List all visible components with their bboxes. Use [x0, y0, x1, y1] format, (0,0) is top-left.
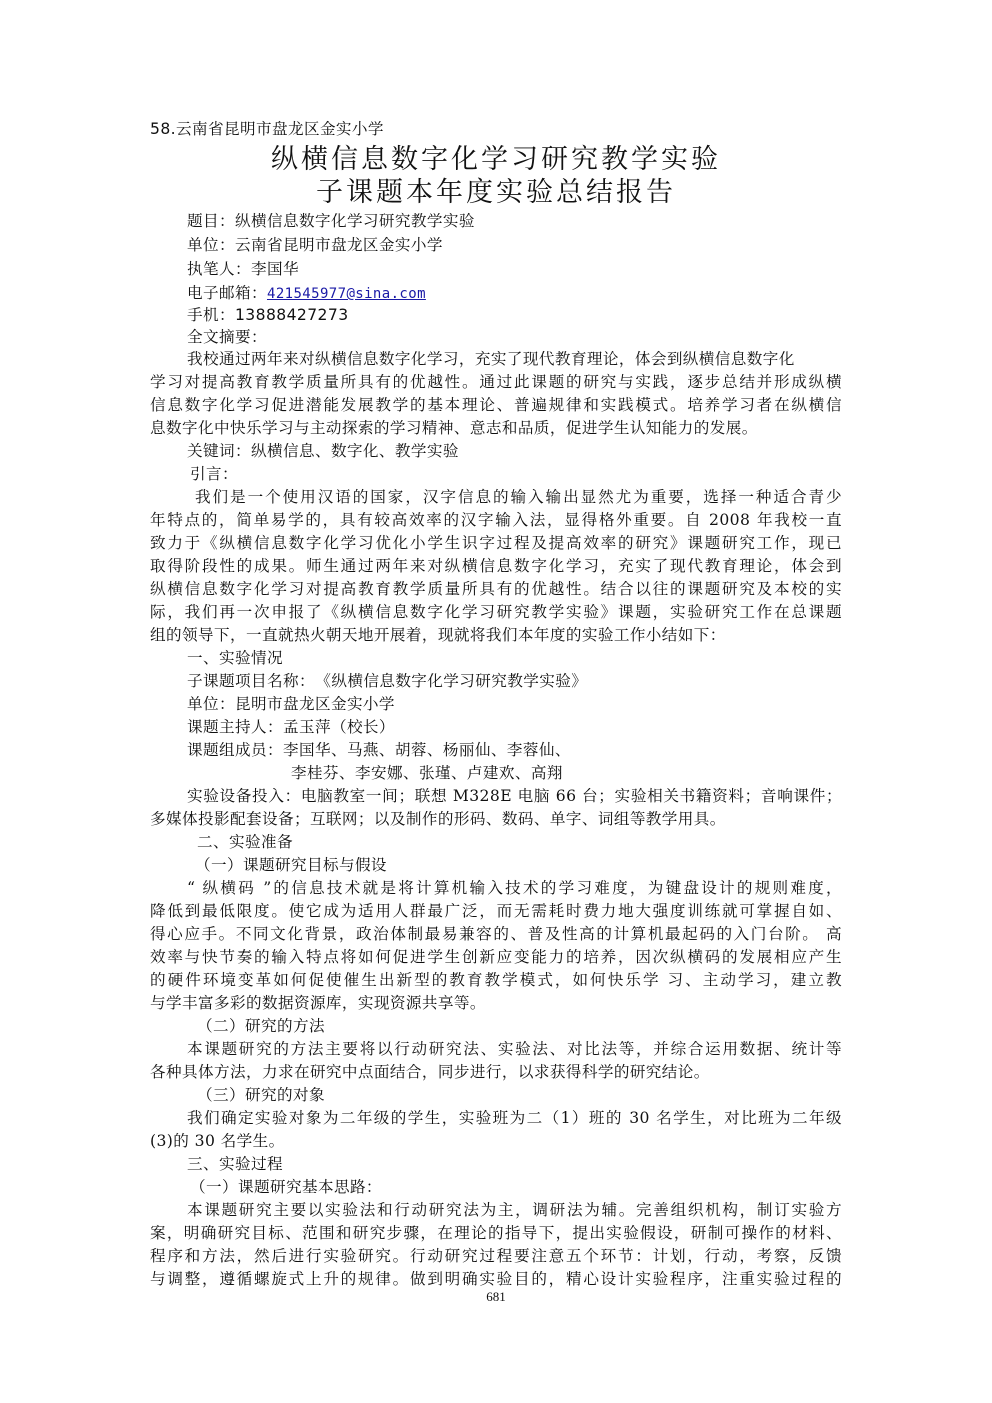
meta-phone: 手机：13888427273	[187, 304, 879, 326]
section2-sub1-line: 得心应手。不同文化背景，政治体制最易兼容的、普及性高的计算机最起码的入门台阶。 …	[150, 923, 842, 945]
section2-sub1-heading: （一）课题研究目标与假设	[195, 854, 887, 876]
email-link[interactable]: 421545977@sina.com	[267, 286, 426, 302]
abstract-line: 信息数字化学习促进潜能发展教学的基本理论、普遍规律和实践模式。培养学习者在纵横信	[150, 394, 842, 416]
section3-sub1-heading: （一）课题研究基本思路：	[190, 1176, 882, 1198]
section3-heading: 三、实验过程	[187, 1153, 879, 1175]
document-page: 58.云南省昆明市盘龙区金实小学 纵横信息数字化学习研究教学实验 子课题本年度实…	[0, 0, 992, 1403]
project-host: 课题主持人：孟玉萍（校长）	[187, 716, 879, 738]
intro-label: 引言：	[190, 463, 882, 485]
intro-line: 组的领导下，一直就热火朝天地开展着，现就将我们本年度的实验工作小结如下：	[150, 624, 842, 646]
members-line2: 李桂芬、李安娜、张瑾、卢建欢、高翔	[291, 762, 983, 784]
section2-sub2-heading: （二）研究的方法	[197, 1015, 889, 1037]
section2-sub2-line: 各种具体方法，力求在研究中点面结合，同步进行，以求获得科学的研究结论。	[150, 1061, 842, 1083]
email-label: 电子邮箱：	[187, 284, 267, 302]
section3-sub1-line: 与调整，遵循螺旋式上升的规律。做到明确实验目的，精心设计实验程序，注重实验过程的	[150, 1268, 842, 1290]
abstract-line: 学习对提高教育教学质量所具有的优越性。通过此课题的研究与实践，逐步总结并形成纵横	[150, 371, 842, 393]
section3-sub1-line: 程序和方法，然后进行实验研究。行动研究过程要注意五个环节：计划，行动，考察，反馈	[150, 1245, 842, 1267]
meta-email-row: 电子邮箱：421545977@sina.com	[187, 282, 879, 305]
abstract-line: 息数字化中快乐学习与主动探索的学习精神、意志和品质，促进学生认知能力的发展。	[150, 417, 842, 439]
meta-unit: 单位：云南省昆明市盘龙区金实小学	[187, 234, 879, 256]
equipment-line: 实验设备投入：电脑教室一间；联想 M328E 电脑 66 台；实验相关书籍资料；…	[187, 785, 842, 807]
project-unit: 单位：昆明市盘龙区金实小学	[187, 693, 879, 715]
section2-sub3-line: 我们确定实验对象为二年级的学生，实验班为二（1）班的 30 名学生，对比班为二年…	[187, 1107, 842, 1129]
members-line1: 课题组成员：李国华、马燕、胡蓉、杨丽仙、李蓉仙、	[187, 739, 879, 761]
section2-sub1-line: 与学丰富多彩的数据资源库，实现资源共享等。	[150, 992, 842, 1014]
page-number: 681	[0, 1289, 992, 1305]
intro-line: 际，我们再一次申报了《纵横信息数字化学习研究教学实验》课题，实验研究工作在总课题	[150, 601, 842, 623]
intro-line: 年特点的，简单易学的，具有较高效率的汉字输入法，显得格外重要。自 2008 年我…	[150, 509, 842, 531]
intro-line: 致力于《纵横信息数字化学习优化小学生识字过程及提高效率的研究》课题研究工作，现已	[150, 532, 842, 554]
abstract-label: 全文摘要：	[187, 326, 879, 348]
section2-sub3-heading: （三）研究的对象	[197, 1084, 889, 1106]
section2-sub1-line: 降低到最低限度。使它成为适用人群最广泛，而无需耗时费力地大强度训练就可掌握自如、	[150, 900, 842, 922]
section2-sub3-line: (3)的 30 名学生。	[150, 1130, 842, 1152]
section2-sub1-line: 效率与快节奏的输入特点将如何促进学生创新应变能力的培养，因次纵横码的发展相应产生	[150, 946, 842, 968]
project-name: 子课题项目名称： 《纵横信息数字化学习研究教学实验》	[187, 670, 879, 692]
intro-line: 纵横信息数字化学习对提高教育教学质量所具有的优越性。结合以往的课题研究及本校的实	[150, 578, 842, 600]
section2-sub1-line: “ 纵横码 ”的信息技术就是将计算机输入技术的学习难度，为键盘设计的规则难度，	[187, 877, 842, 899]
source-label: 58.云南省昆明市盘龙区金实小学	[150, 118, 842, 140]
document-title-line2: 子课题本年度实验总结报告	[0, 176, 992, 210]
section1-heading: 一、实验情况	[187, 647, 879, 669]
document-title-line1: 纵横信息数字化学习研究教学实验	[0, 143, 992, 177]
section2-sub1-line: 的硬件环境变革如何促使催生出新型的教育教学模式，如何快乐学 习、主动学习，建立教	[150, 969, 842, 991]
equipment-line: 多媒体投影配套设备；互联网；以及制作的形码、数码、单字、词组等教学用具。	[150, 808, 842, 830]
meta-author: 执笔人：李国华	[187, 258, 879, 280]
section2-sub2-line: 本课题研究的方法主要将以行动研究法、实验法、对比法等，并综合运用数据、统计等	[187, 1038, 842, 1060]
intro-line: 我们是一个使用汉语的国家，汉字信息的输入输出显然尤为重要，选择一种适合青少	[195, 486, 842, 508]
section2-heading: 二、实验准备	[197, 831, 889, 853]
section3-sub1-line: 案，明确研究目标、范围和研究步骤，在理论的指导下，提出实验假设，研制可操作的材料…	[150, 1222, 842, 1244]
keywords: 关键词：纵横信息、数字化、教学实验	[187, 440, 879, 462]
section3-sub1-line: 本课题研究主要以实验法和行动研究法为主，调研法为辅。完善组织机构，制订实验方	[187, 1199, 842, 1221]
abstract-line: 我校通过两年来对纵横信息数字化学习，充实了现代教育理论，体会到纵横信息数字化	[187, 348, 842, 370]
intro-line: 取得阶段性的成果。师生通过两年来对纵横信息数字化学习，充实了现代教育理论，体会到	[150, 555, 842, 577]
meta-topic: 题目：纵横信息数字化学习研究教学实验	[187, 210, 879, 232]
